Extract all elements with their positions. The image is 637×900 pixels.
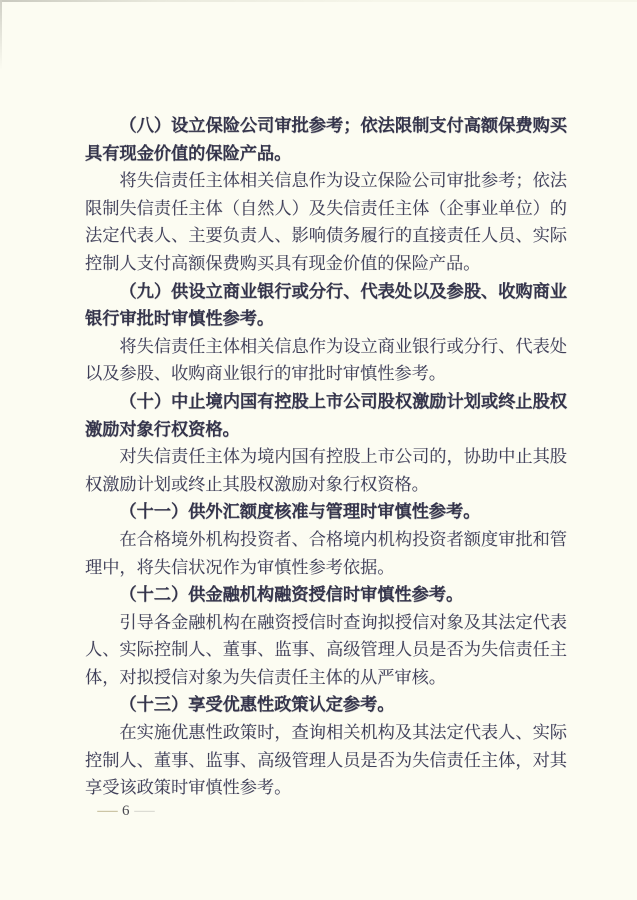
clause-body-text: 将失信责任主体相关信息作为设立保险公司审批参考；依法限制失信责任主体（自然人）及… xyxy=(85,167,567,277)
footer-left-dash: — xyxy=(97,802,117,820)
clause-heading: （八）设立保险公司审批参考；依法限制支付高额保费购买具有现金价值的保险产品。 xyxy=(85,112,567,167)
clause-body-text: 引导各金融机构在融资授信时查询拟授信对象及其法定代表人、实际控制人、董事、监事、… xyxy=(85,609,567,692)
clause-heading: （九）供设立商业银行或分行、代表处以及参股、收购商业银行审批时审慎性参考。 xyxy=(85,278,567,333)
clause-heading: （十二）供金融机构融资授信时审慎性参考。 xyxy=(85,581,567,609)
clause-body-text: 在合格境外机构投资者、合格境内机构投资者额度审批和管理中，将失信状况作为审慎性参… xyxy=(85,526,567,581)
document-page: （八）设立保险公司审批参考；依法限制支付高额保费购买具有现金价值的保险产品。将失… xyxy=(0,0,637,900)
page-number: 6 xyxy=(122,802,130,820)
clause-body-text: 对失信责任主体为境内国有控股上市公司的，协助中止其股权激励计划或终止其股权激励对… xyxy=(85,443,567,498)
document-body: （八）设立保险公司审批参考；依法限制支付高额保费购买具有现金价值的保险产品。将失… xyxy=(85,112,567,802)
clause-body-text: 将失信责任主体相关信息作为设立商业银行或分行、代表处以及参股、收购商业银行的审批… xyxy=(85,333,567,388)
clause-heading: （十三）享受优惠性政策认定参考。 xyxy=(85,691,567,719)
clause-heading: （十一）供外汇额度核准与管理时审慎性参考。 xyxy=(85,498,567,526)
page-footer: — 6 — xyxy=(100,802,152,820)
clause-heading: （十）中止境内国有控股上市公司股权激励计划或终止股权激励对象行权资格。 xyxy=(85,388,567,443)
clause-body-text: 在实施优惠性政策时，查询相关机构及其法定代表人、实际控制人、董事、监事、高级管理… xyxy=(85,719,567,802)
footer-right-dash: — xyxy=(134,802,154,820)
